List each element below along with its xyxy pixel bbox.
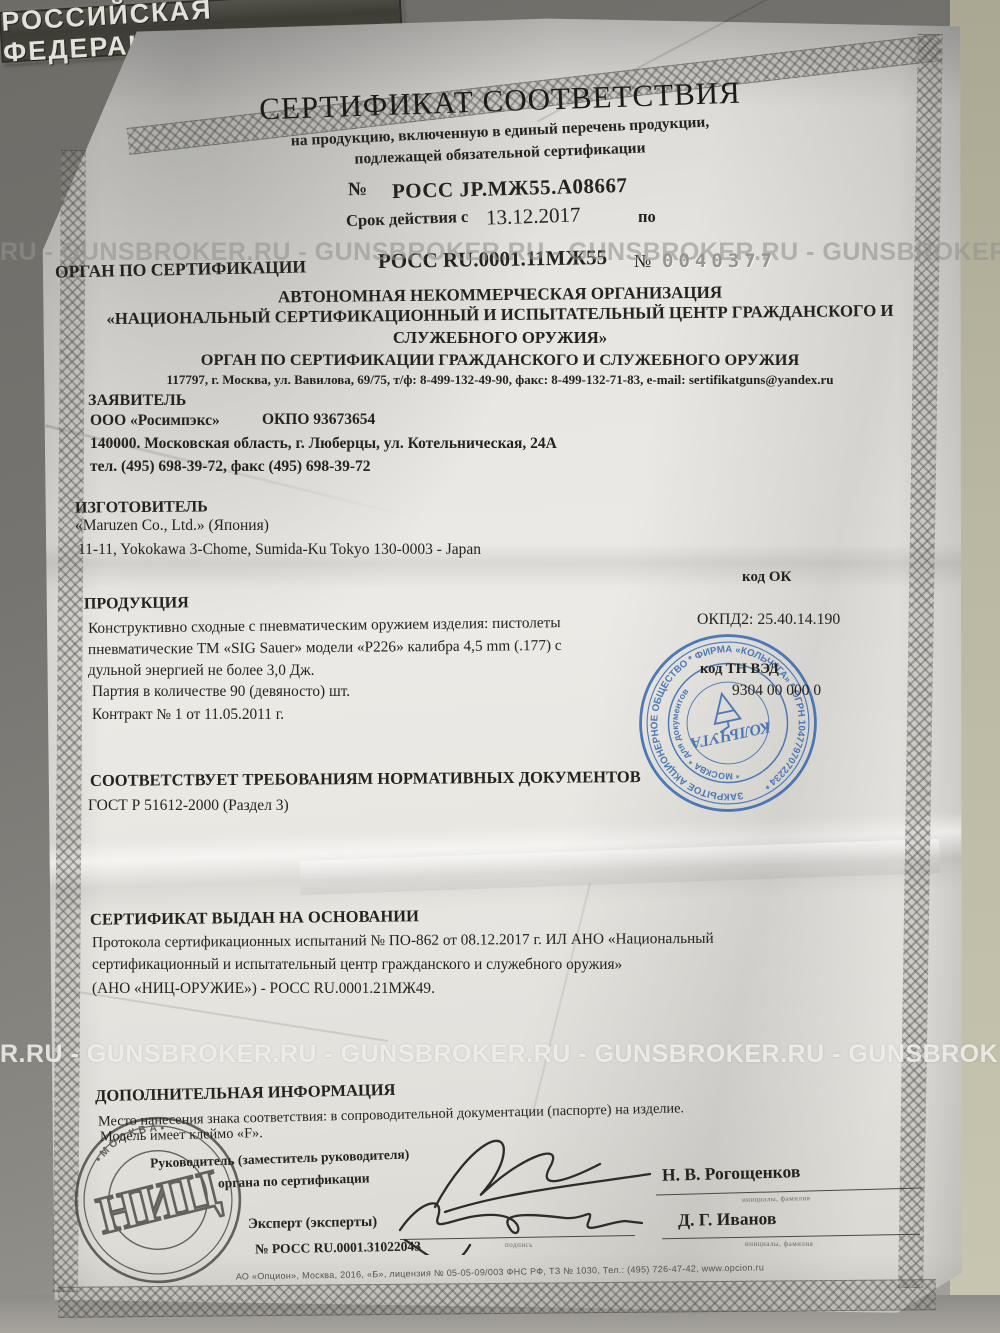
gunsbroker-watermark-bottom: R.RU - GUNSBROKER.RU - GUNSBROKER.RU - G…: [0, 1040, 1000, 1069]
expert-signature: [390, 1185, 660, 1255]
conformity-label: СООТВЕТСТВУЕТ ТРЕБОВАНИЯМ НОРМАТИВНЫХ ДО…: [90, 767, 641, 791]
cert-body-name-line3: СЛУЖЕБНОГО ОРУЖИЯ»: [100, 328, 900, 349]
conformity-standard: ГОСТ Р 51612-2000 (Раздел 3): [88, 796, 289, 815]
manufacturer-name: «Maruzen Co., Ltd.» (Япония): [75, 516, 269, 535]
basis-line2: сертификационный и испытательный центр г…: [92, 955, 622, 974]
applicant-okpo: ОКПО 93673654: [262, 410, 375, 429]
product-contract: Контракт № 1 от 11.05.2011 г.: [92, 705, 284, 724]
manufacturer-address: 11-11, Yokokawa 3-Chome, Sumida-Ku Tokyo…: [78, 540, 481, 559]
blue-stamp-center-text: КОЛЬЧУГА: [689, 718, 773, 752]
tnved-code: 9304 00 000 0: [732, 681, 821, 700]
applicant-address: 140000. Московская область, г. Люберцы, …: [90, 434, 557, 453]
applicant-name: ООО «Росимпэкс»: [90, 411, 220, 430]
product-okpd2-code: ОКПД2: 25.40.14.190: [697, 610, 840, 630]
gunsbroker-watermark-top: RU - GUNSBROKER.RU - GUNSBROKER.RU - GUN…: [0, 238, 1000, 267]
nic-stamp-center-text: НИЦ: [92, 1159, 226, 1245]
basis-label: СЕРТИФИКАТ ВЫДАН НА ОСНОВАНИИ: [90, 906, 419, 930]
code-ok-label: код ОК: [742, 568, 791, 587]
additional-info-line2: Модель имеет клеймо «F».: [100, 1125, 263, 1147]
product-batch: Партия в количестве 90 (девяносто) шт.: [92, 682, 350, 701]
basis-line3: (АНО «НИЦ-ОРУЖИЕ») - РОСС RU.0001.21МЖ49…: [92, 979, 435, 998]
applicant-phone: тел. (495) 698-39-72, факс (495) 698-39-…: [90, 457, 371, 476]
head-signatory-name: Н. В. Рогощенков: [662, 1161, 801, 1186]
expert-role-label: Эксперт (эксперты): [248, 1213, 377, 1233]
validity-label: Срок действия с: [346, 207, 469, 232]
product-description-line3: дульной энергией не более 3,0 Дж.: [88, 661, 315, 680]
product-label: ПРОДУКЦИЯ: [84, 593, 189, 614]
expert-name-caption: инициалы, фамилия: [745, 1240, 813, 1248]
applicant-label: ЗАЯВИТЕЛЬ: [88, 391, 186, 411]
cert-body-name-line4: ОРГАН ПО СЕРТИФИКАЦИИ ГРАЖДАНСКОГО И СЛУ…: [80, 350, 920, 370]
photo-of-certificate: РОССИЙСКАЯ ФЕДЕРАЦИЯ СЕРТИФИКАТ СООТВЕТС…: [0, 0, 1000, 1333]
validity-from-date: 13.12.2017: [486, 201, 581, 231]
validity-to-label: по: [638, 207, 656, 228]
kolchuga-blue-stamp: ЗАКРЫТОЕ АКЦИОНЕРНОЕ ОБЩЕСТВО * ФИРМА «К…: [618, 613, 839, 834]
expert-name: Д. Г. Иванов: [678, 1208, 777, 1232]
certificate-number-label: №: [348, 178, 368, 202]
tnved-label: код ТН ВЭД: [700, 660, 779, 678]
cert-body-address: 117797, г. Москва, ул. Вавилова, 69/75, …: [55, 372, 945, 388]
